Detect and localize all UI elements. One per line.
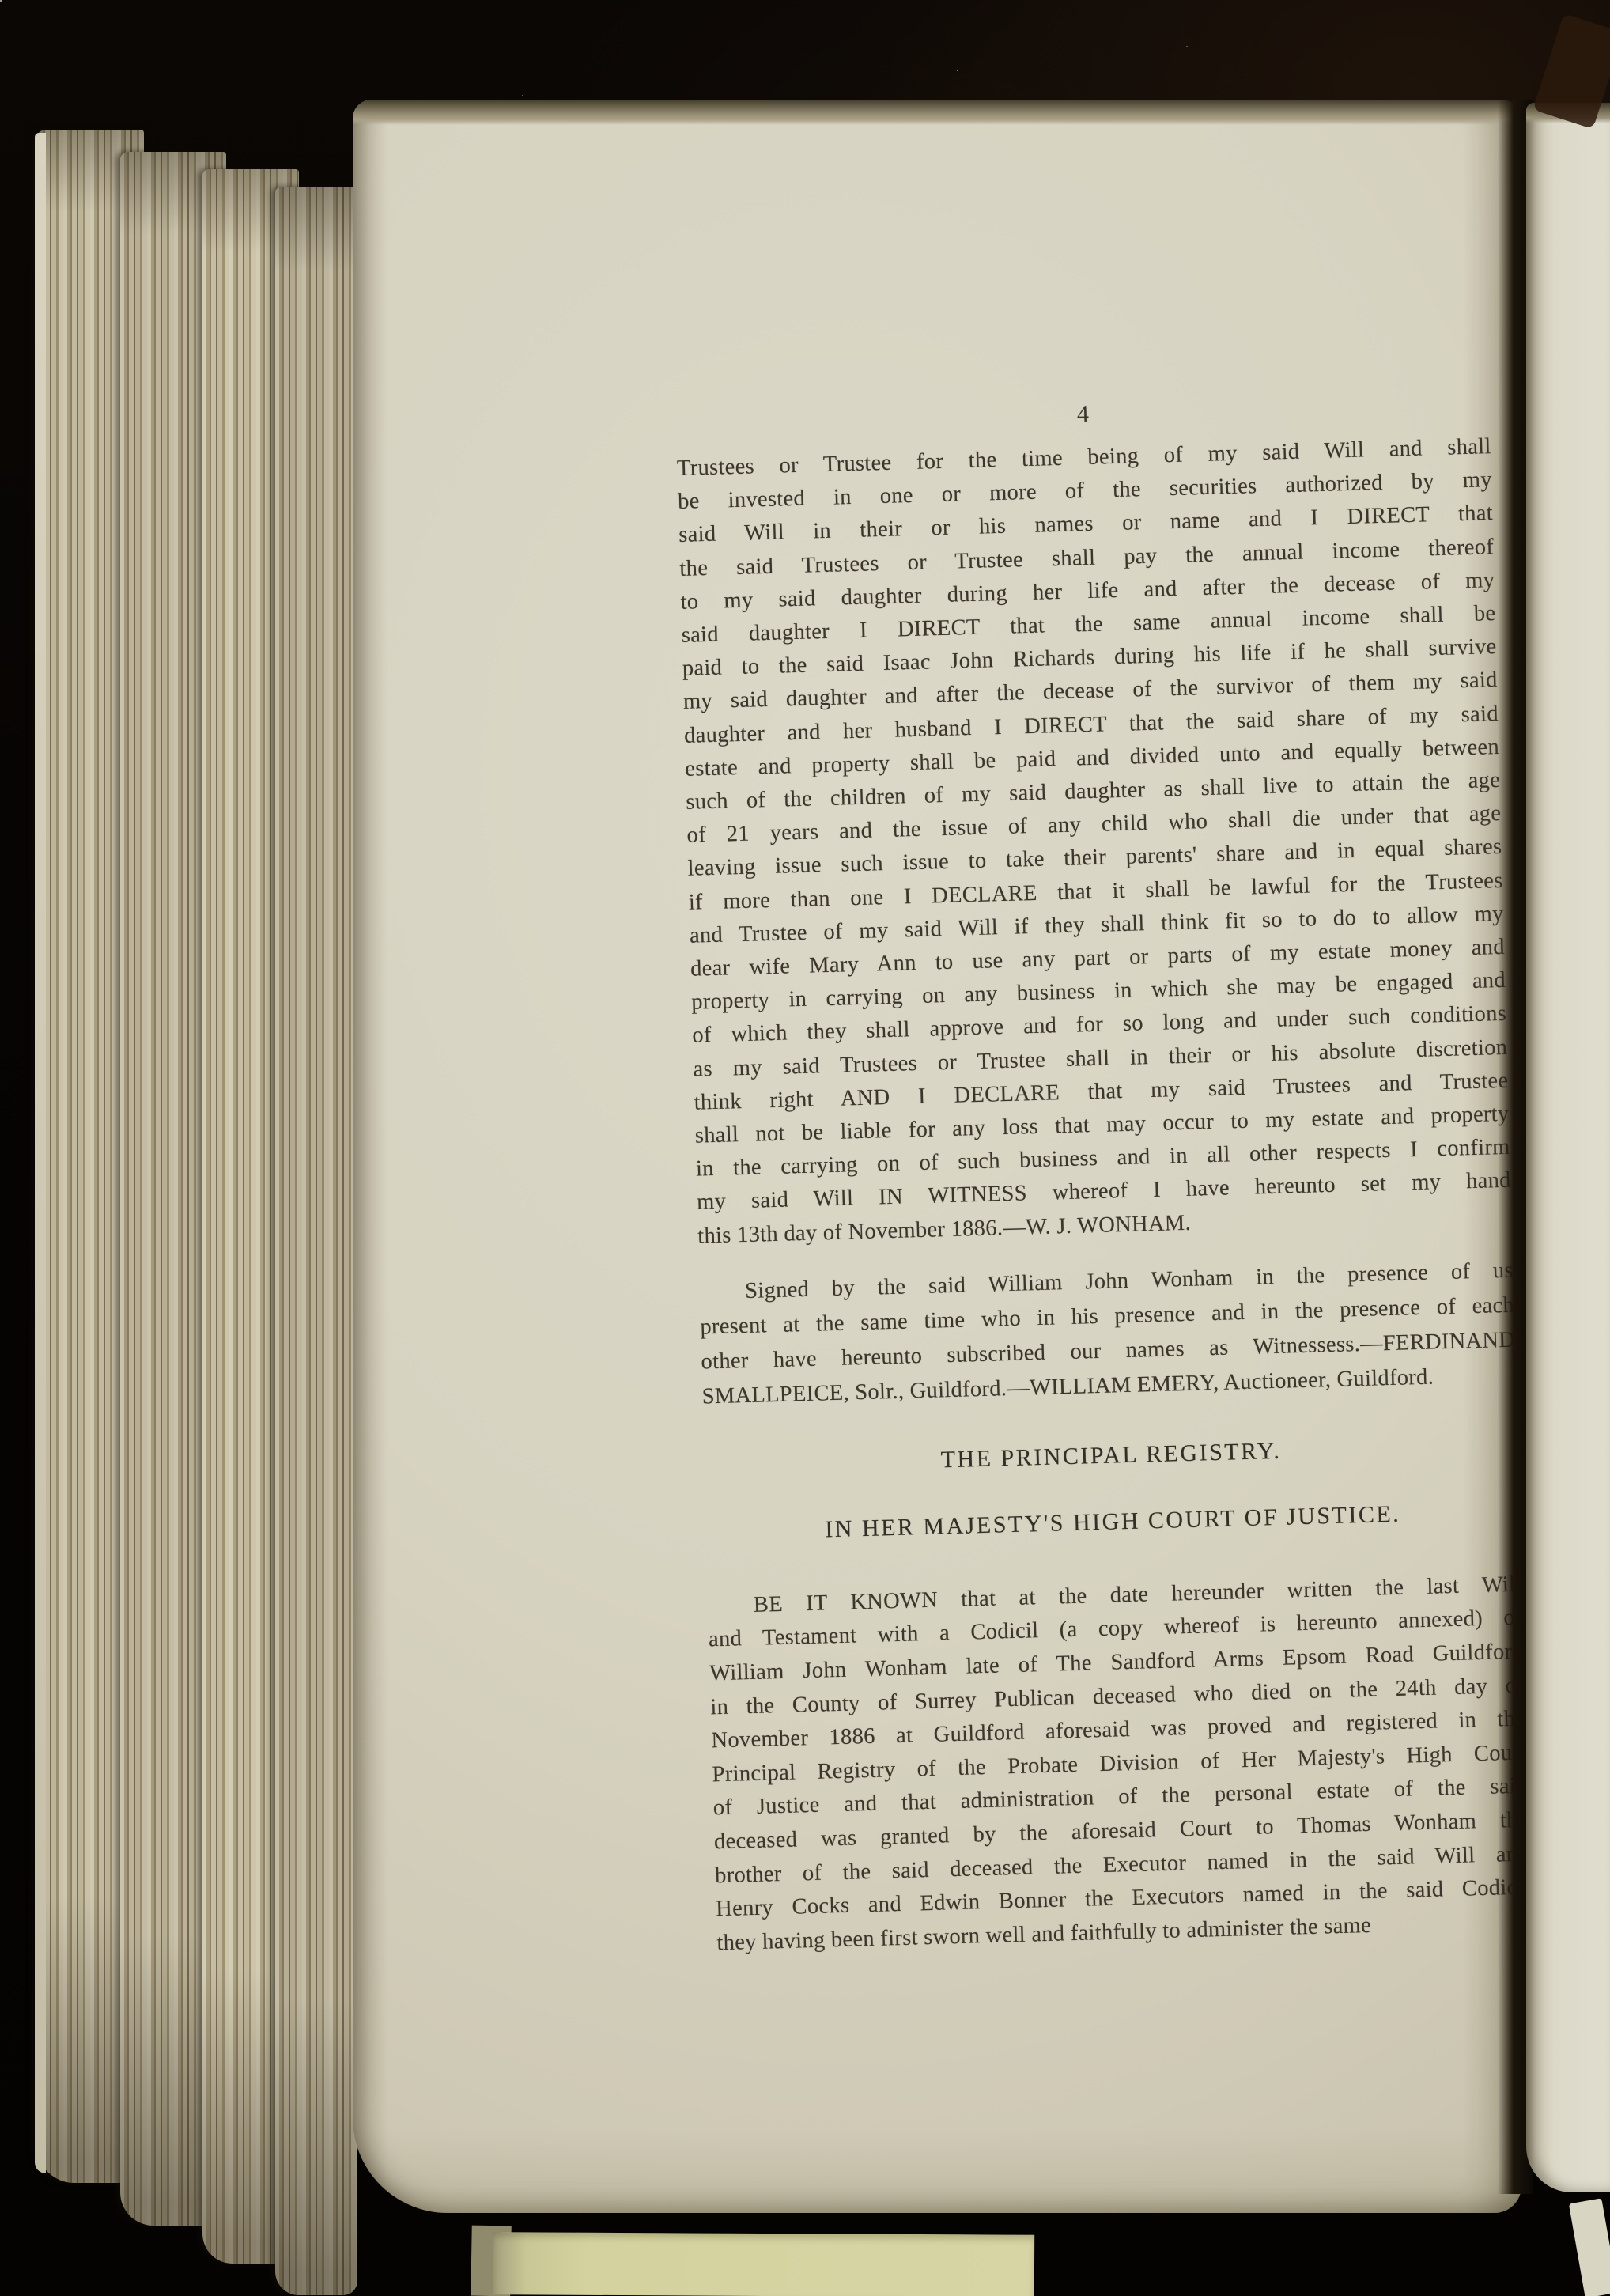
probate-paragraph: BE IT KNOWN that at the date hereunder w… [707, 1568, 1531, 1960]
attestation-paragraph: Signed by the said William John Wonham i… [699, 1254, 1517, 1415]
spine-shadow [1533, 13, 1610, 129]
protruding-card [493, 2232, 1034, 2296]
fore-edge-page-stack [36, 117, 357, 2224]
page-edge-bundle [275, 187, 357, 2295]
protruding-paper-corner [1569, 2198, 1610, 2296]
heading-high-court: IN HER MAJESTY'S HIGH COURT OF JUSTICE. [705, 1496, 1521, 1549]
heading-principal-registry: THE PRINCIPAL REGISTRY. [704, 1429, 1519, 1483]
dust-specks [0, 0, 2, 2]
will-paragraph: Trustees or Trustee for the time being o… [676, 430, 1512, 1253]
outer-page-edge [35, 133, 46, 2173]
printed-text-block: 4 Trustees or Trustee for the time being… [675, 388, 1532, 1961]
book-photograph: 4 Trustees or Trustee for the time being… [0, 0, 1610, 2296]
open-book-page: 4 Trustees or Trustee for the time being… [353, 100, 1521, 2213]
page-top-rim [353, 100, 1521, 125]
adjacent-page-edge [1526, 103, 1610, 2192]
